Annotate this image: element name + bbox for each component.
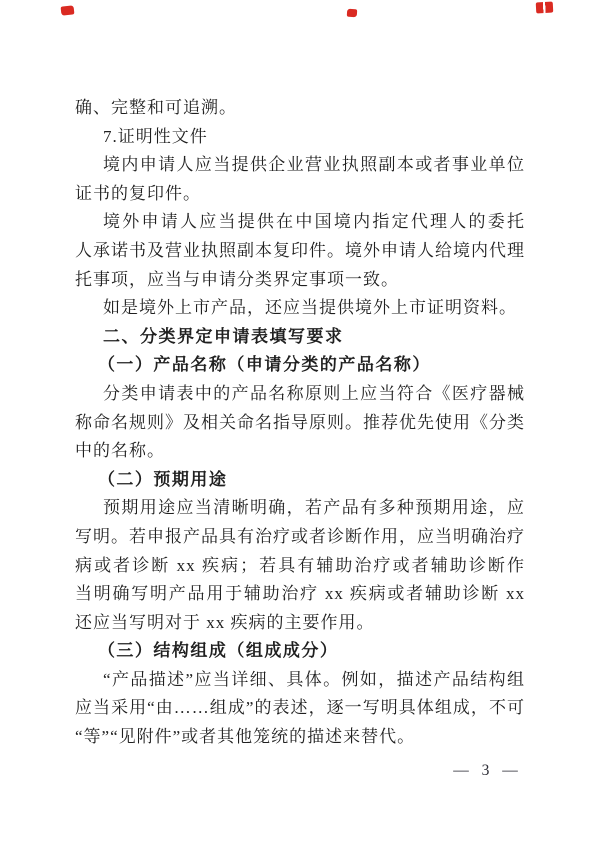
text-line: 称命名规则》及相关命名指导原则。推荐优先使用《分类目录》 xyxy=(75,409,525,438)
red-ink-mark xyxy=(347,9,358,18)
sub-heading: （三）结构组成（组成成分） xyxy=(75,637,525,666)
text-line: 境内申请人应当提供企业营业执照副本或者事业单位法人 xyxy=(75,151,525,180)
document-page: 确、完整和可追溯。 7.证明性文件 境内申请人应当提供企业营业执照副本或者事业单… xyxy=(0,0,600,848)
text-line: 如是境外上市产品，还应当提供境外上市证明资料。 xyxy=(75,294,525,323)
text-line: 中的名称。 xyxy=(75,437,525,466)
text-line: “等”“见附件”或者其他笼统的描述来替代。 xyxy=(75,723,525,752)
text-line: 人承诺书及营业执照副本复印件。境外申请人给境内代理人的委 xyxy=(75,237,525,266)
text-line: 还应当写明对于 xx 疾病的主要作用。 xyxy=(75,609,525,638)
text-line: 证书的复印件。 xyxy=(75,180,525,209)
text-line: 7.证明性文件 xyxy=(75,123,525,152)
text-line: 应当采用“由……组成”的表述，逐一写明具体组成，不可使用 xyxy=(75,694,525,723)
text-line: 分类申请表中的产品名称原则上应当符合《医疗器械通用名 xyxy=(75,380,525,409)
text-line: 预期用途应当清晰明确，若产品有多种预期用途，应当逐一 xyxy=(75,494,525,523)
text-line: 境外申请人应当提供在中国境内指定代理人的委托书、代理 xyxy=(75,208,525,237)
sub-heading: （二）预期用途 xyxy=(75,466,525,495)
page-number: — 3 — xyxy=(448,761,524,781)
section-heading: 二、分类界定申请表填写要求 xyxy=(75,323,525,352)
sub-heading: （一）产品名称（申请分类的产品名称） xyxy=(75,351,525,380)
text-line: 写明。若申报产品具有治疗或者诊断作用，应当明确治疗 xx 疾 xyxy=(75,523,525,552)
red-ink-mark xyxy=(536,2,554,14)
text-line: 当明确写明产品用于辅助治疗 xx 疾病或者辅助诊断 xx 疾病外， xyxy=(75,580,525,609)
red-ink-mark xyxy=(61,5,75,15)
text-line: 托事项，应当与申请分类界定事项一致。 xyxy=(75,266,525,295)
text-line: “产品描述”应当详细、具体。例如，描述产品结构组成时， xyxy=(75,666,525,695)
document-body: 确、完整和可追溯。 7.证明性文件 境内申请人应当提供企业营业执照副本或者事业单… xyxy=(75,94,525,752)
text-line: 确、完整和可追溯。 xyxy=(75,94,525,123)
text-line: 病或者诊断 xx 疾病；若具有辅助治疗或者辅助诊断作用，除应 xyxy=(75,552,525,581)
